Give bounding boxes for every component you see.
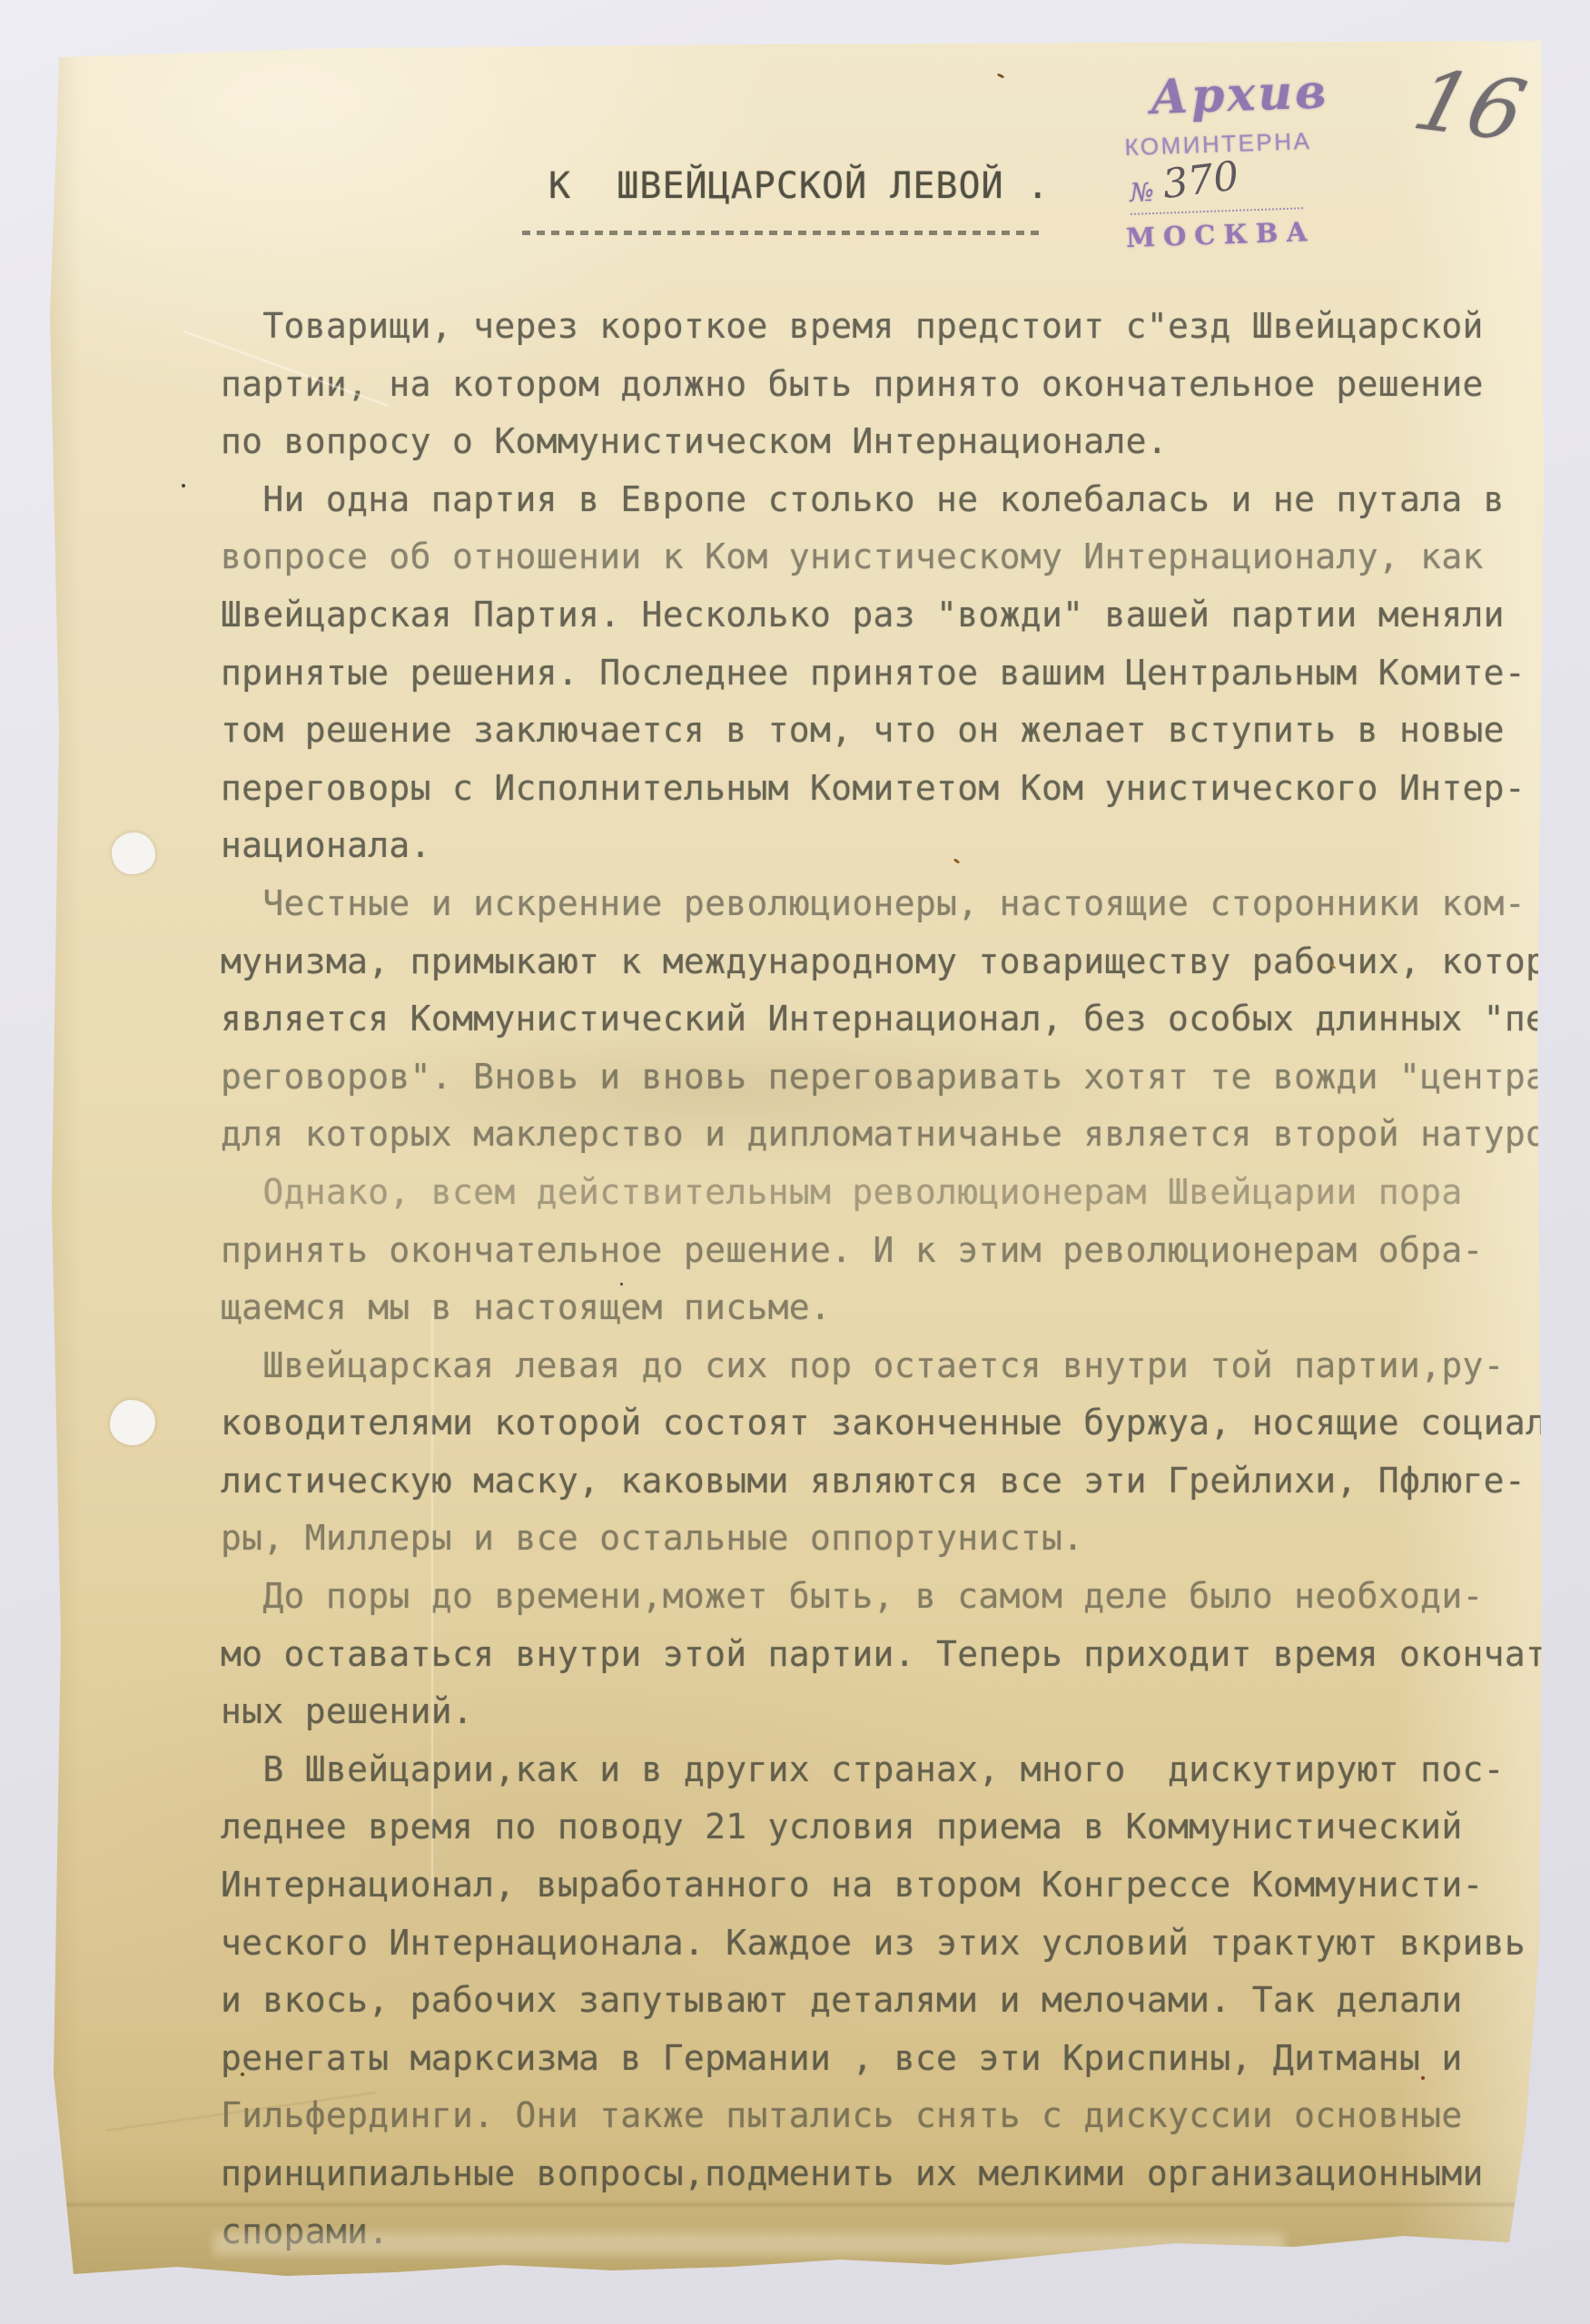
text-line: леднее время по поводу 21 условия приема… (221, 1798, 1544, 1856)
text-line: Швейцарская левая до сих пор остается вн… (221, 1337, 1544, 1395)
text-line: для которых маклерство и дипломатничанье… (221, 1106, 1544, 1164)
text-line: ных решений. (221, 1683, 1544, 1741)
text-line: Швейцарская Партия. Несколько раз "вожди… (221, 586, 1544, 645)
text-line: мо оставаться внутри этой партии. Теперь… (221, 1626, 1544, 1684)
text-line: том решение заключается в том, что он же… (221, 702, 1544, 760)
text-line: принципиальные вопросы,подменить их мелк… (221, 2145, 1544, 2203)
text-line: щаемся мы в настоящем письме. (221, 1279, 1544, 1337)
text-line: Однако, всем действительным революционер… (221, 1164, 1544, 1222)
paper-speck (182, 484, 185, 487)
text-line: Честные и искренние революционеры, насто… (221, 875, 1544, 933)
text-line: Интернационал, выработанного на втором К… (221, 1856, 1544, 1915)
page-number-pencil: 16 (1404, 52, 1535, 160)
text-line: по вопросу о Коммунистическом Интернацио… (221, 413, 1544, 471)
text-line: вопросе об отношении к Ком унистическому… (221, 528, 1544, 586)
document-title: К ШВЕЙЦАРСКОЙ ЛЕВОЙ . (548, 168, 1050, 204)
paper-speck (997, 73, 1005, 78)
stamp-archive-word: Архив (1150, 62, 1393, 125)
paper-speck (241, 2073, 244, 2076)
stamp-number-handwritten: 370 (1160, 153, 1241, 208)
archive-stamp: Архив КОМИНТЕРНА №370 МОСКВА (1119, 62, 1397, 253)
text-line: национала. (221, 817, 1544, 875)
text-line: реговоров". Вновь и вновь переговаривать… (221, 1049, 1544, 1107)
text-line: принять окончательное решение. И к этим … (221, 1222, 1544, 1280)
text-line: является Коммунистический Интернационал,… (221, 990, 1544, 1049)
text-line: переговоры с Исполнительным Комитетом Ко… (221, 760, 1544, 818)
text-line: До поры до времени,может быть, в самом д… (221, 1568, 1544, 1626)
text-line: ческого Интернационала. Каждое из этих у… (221, 1915, 1544, 1973)
title-underline (522, 231, 1044, 235)
text-line: ренегаты марксизма в Германии , все эти … (221, 2030, 1544, 2088)
stamp-comintern-word: КОМИНТЕРНА (1124, 124, 1394, 162)
text-line: В Швейцарии,как и в других странах, мног… (221, 1741, 1544, 1799)
text-line: и вкось, рабочих запутывают деталями и м… (221, 1972, 1544, 2030)
paper-speck (620, 1283, 623, 1285)
text-line: мунизма, примыкают к международному това… (221, 933, 1544, 991)
stamp-number-row: №370 (1129, 159, 1303, 215)
stamp-moscow-word: МОСКВА (1125, 213, 1397, 253)
text-line: ры, Миллеры и все остальные оппортунисты… (221, 1510, 1544, 1568)
text-line: спорами. (221, 2203, 1544, 2261)
typewritten-text-block: Товарищи, через короткое время предстоит… (221, 298, 1544, 2260)
punch-hole (112, 832, 155, 874)
paper-speck (1421, 2076, 1425, 2080)
text-line: партии, на котором должно быть принято о… (221, 356, 1544, 414)
text-line: Ни одна партия в Европе столько не колеб… (221, 471, 1544, 529)
document-paper: К ШВЕЙЦАРСКОЙ ЛЕВОЙ . Архив КОМИНТЕРНА №… (50, 41, 1544, 2280)
text-line: Товарищи, через короткое время предстоит… (221, 298, 1544, 356)
text-line: Гильфердинги. Они также пытались снять с… (221, 2087, 1544, 2145)
punch-hole (110, 1400, 155, 1445)
text-line: листическую маску, каковыми являются все… (221, 1452, 1544, 1511)
text-line: ководителями которой состоят законченные… (221, 1394, 1544, 1452)
stamp-number-sign: № (1130, 177, 1155, 208)
text-line: принятые решения. Последнее принятое ваш… (221, 645, 1544, 703)
